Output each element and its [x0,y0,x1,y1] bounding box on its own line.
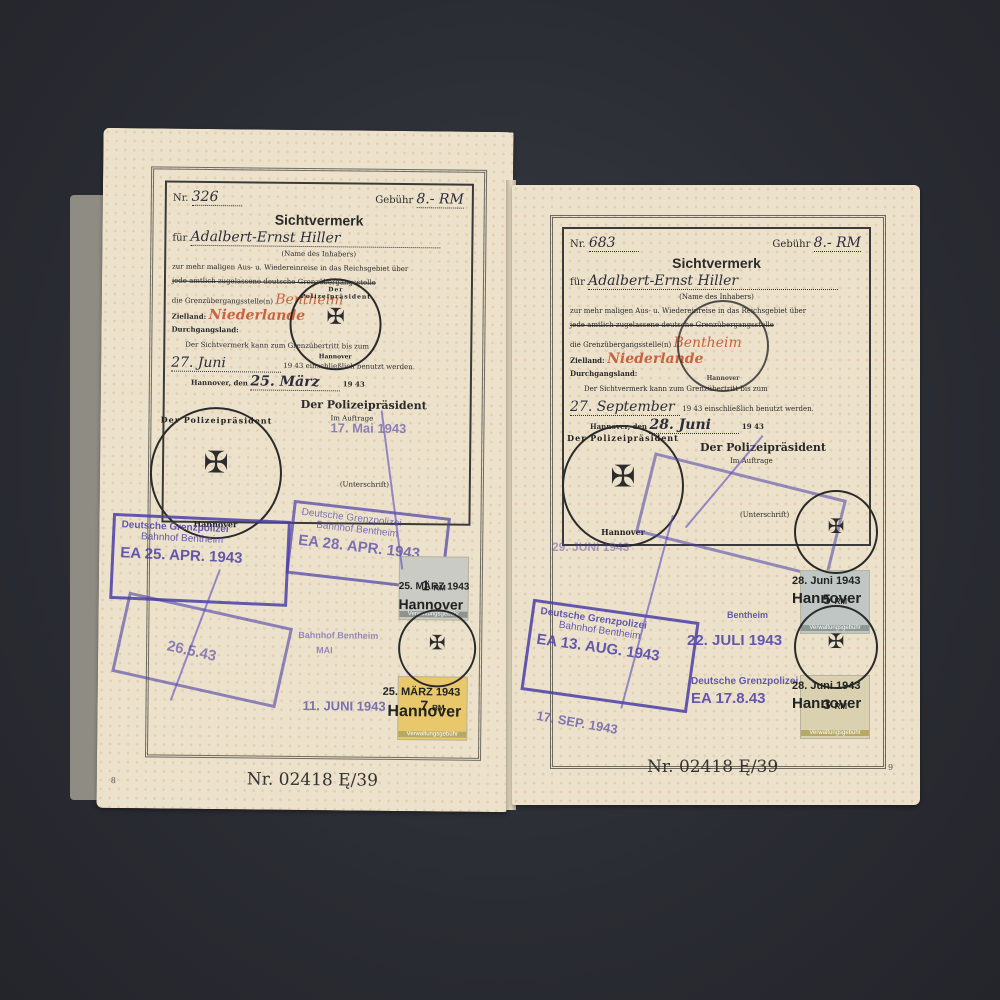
cancel-date: 28. Juni 1943 [792,575,861,587]
valid-until: 27. September [570,399,680,416]
trips-prefix: zur [172,263,184,271]
eagle-emblem-icon: ✠ [828,514,845,538]
cancel-city: Hannover [387,703,461,722]
passport-page-right: Nr. 683 Gebühr 8.- RM Sichtvermerk für A… [512,185,920,805]
revenue-label: Verwaltungsgebühr [398,731,466,738]
trips-option: mehr [584,307,603,315]
eagle-emblem-icon: ✠ [828,629,845,653]
eagle-emblem-icon: ✠ [610,459,635,494]
crossing-label: die Grenzübergangsstelle(n) [570,341,671,349]
passport-serial-number: Nr. 02418 Ę/39 [647,757,778,777]
seal-city: Hannover [679,375,767,382]
issued-year: 19 43 [343,379,365,388]
issued-place: Hannover, den [191,378,248,388]
visa-number-label: Nr. [173,193,189,204]
stamp-line2: Bahnhof Bentheim [298,630,378,641]
for-label: für [172,233,187,244]
visa-number-label: Nr. [570,239,586,250]
cancel-city: Hannover [399,596,464,613]
eagle-emblem-icon: ✠ [326,305,345,330]
passport-serial-number: Nr. 02418 Ę/39 [247,769,378,790]
eagle-emblem-icon: ✠ [203,445,229,480]
stamp-line2: Bentheim [727,610,768,620]
visa-title: Sichtvermerk [570,255,863,271]
stamp-date: 17. Mai 1943 [330,420,406,436]
crossing-label: die Grenzübergangsstelle(n) [172,297,273,306]
stamp-date: MAI [316,645,333,655]
stamp-code: EA [535,631,557,651]
stamp-date: 25. APR. 1943 [144,545,243,566]
stamp-code: EA [691,690,711,707]
stamp-date: 29. JUNI 1943 [552,540,629,554]
revenue-label: Verwaltungsgebühr [801,730,869,736]
visa-title: Sichtvermerk [173,211,466,230]
validity-suffix: einschließlich benutzt werden. [705,405,814,413]
visa-number: 326 [192,189,242,207]
holder-name: Adalbert-Ernst Hiller [190,229,440,249]
trips-text: maligen Aus- u. Wiedereinreise in das Re… [207,263,409,273]
cancel-city: Hannover [792,590,861,607]
stamp-code: EA [297,532,319,551]
fee-value: 8.- RM [814,235,861,252]
issued-year: 19 43 [742,422,764,431]
seal-ring-text: Der Polizeipräsident [564,433,682,443]
destination-label: Zielland: [172,312,207,321]
police-seal: ✠ [794,490,878,574]
trips-prefix: zur [570,307,582,315]
police-seal: Der Polizeipräsident ✠ Hannover [289,278,382,371]
holder-name: Adalbert-Ernst Hiller [588,273,838,290]
police-seal: Hannover [677,300,769,392]
stamp-date: 17.8.43 [715,690,765,707]
police-seal: ✠ [398,609,477,688]
fee-label: Gebühr [772,239,810,250]
seal-ring-text: Der Polizeipräsident [292,286,380,301]
stamp-code: EA [120,544,141,562]
trips-option: mehr [186,263,205,271]
fee-value: 8.- RM [416,191,464,208]
passport-page-left: Nr. 326 Gebühr 8.- RM Sichtvermerk für A… [96,128,513,812]
for-label: für [570,277,585,288]
issued-date: 25. März [250,373,340,391]
cancel-city: Hannover [792,695,861,712]
cancel-date: 25. MÄRZ 1943 [383,686,461,699]
page-number: 9 [888,763,893,772]
valid-until: 27. Juni [171,355,281,373]
valid-year: 19 43 [283,362,303,370]
page-number: 8 [111,776,116,785]
stamp-date: 22. JULI 1943 [687,632,782,649]
cancel-date: 25. MÄRZ 1943 [399,581,470,593]
destination-label: Zielland: [570,356,605,365]
seal-ring-text: Der Polizeipräsident [152,414,280,425]
stamp-date: 11. JUNI 1943 [302,698,385,714]
fee-label: Gebühr [375,195,413,206]
holder-caption: (Name des Inhabers) [172,249,465,260]
visa-number: 683 [589,235,639,252]
valid-year: 19 43 [682,405,702,413]
police-seal: ✠ [794,605,878,689]
issued-date: 28. Juni [649,417,739,434]
cancel-date: 28. Juni 1943 [792,680,861,692]
seal-city: Hannover [291,353,379,361]
eagle-emblem-icon: ✠ [429,630,446,654]
stamp-date: 26.5.43 [126,629,276,678]
